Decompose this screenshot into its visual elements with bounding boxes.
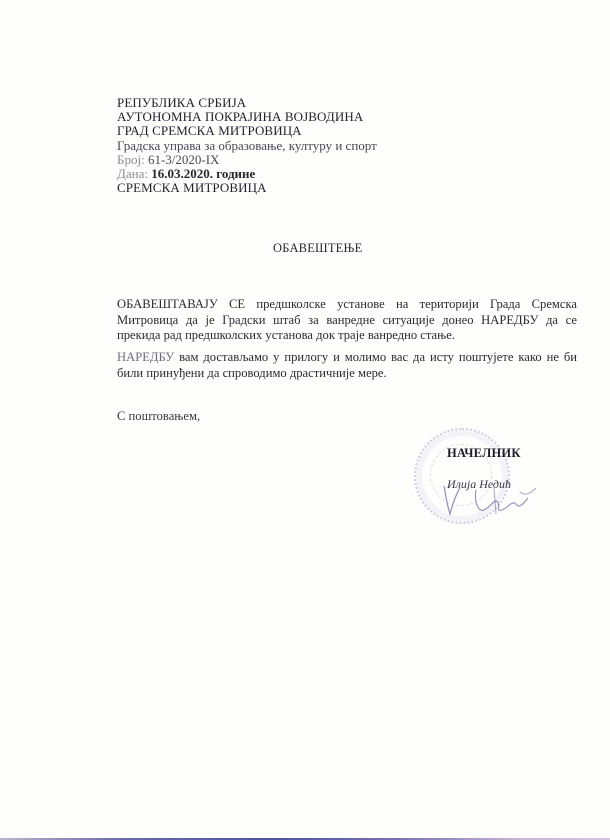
date-value: 16.03.2020. године — [151, 166, 255, 181]
date-label: Дана: — [117, 166, 148, 181]
header-province: АУТОНОМНА ПОКРАЈИНА ВОЈВОДИНА — [117, 110, 377, 124]
header-republic: РЕПУБЛИКА СРБИЈА — [117, 96, 377, 110]
paragraph-1-line: прекида рад предшколских установа док тр… — [117, 328, 577, 344]
notice-paragraph-1: ОБАВЕШТАВАЈУ СЕ предшколске установе на … — [117, 297, 577, 344]
notice-paragraph-2: НАРЕДБУ вам достављамо у прилогу и молим… — [117, 350, 577, 381]
header-city: СРЕМСКА МИТРОВИЦА — [117, 181, 377, 195]
closing-salutation: С поштовањем, — [117, 409, 200, 424]
paragraph-2-line: били принуђени да спроводимо драстичније… — [117, 366, 577, 382]
paragraph-1-line: Митровица да је Градски штаб за ванредне… — [117, 313, 577, 329]
paragraph-1-line: ОБАВЕШТАВАЈУ СЕ предшколске установе на … — [117, 297, 577, 313]
paragraph-2-line: НАРЕДБУ вам достављамо у прилогу и молим… — [117, 350, 577, 366]
paragraph-2-line-text: вам достављамо у прилогу и молимо вас да… — [174, 350, 577, 364]
header-city-government: ГРАД СРЕМСКА МИТРОВИЦА — [117, 124, 377, 138]
document-title: ОБАВЕШТЕЊЕ — [273, 241, 362, 256]
header-reference-number: Број: 61-3/2020-IX — [117, 153, 377, 167]
scanned-document-page: РЕПУБЛИКА СРБИЈА АУТОНОМНА ПОКРАЈИНА ВОЈ… — [0, 0, 610, 840]
header-department: Градска управа за образовање, културу и … — [117, 139, 377, 153]
signatory-title: НАЧЕЛНИК — [447, 446, 521, 461]
reference-number-label: Број: — [117, 152, 145, 167]
handwritten-signature-icon — [436, 480, 546, 520]
header-date: Дана: 16.03.2020. године — [117, 167, 377, 181]
reference-number-value: 61-3/2020-IX — [148, 152, 220, 167]
document-header: РЕПУБЛИКА СРБИЈА АУТОНОМНА ПОКРАЈИНА ВОЈ… — [117, 96, 377, 195]
order-keyword: НАРЕДБУ — [117, 350, 174, 364]
